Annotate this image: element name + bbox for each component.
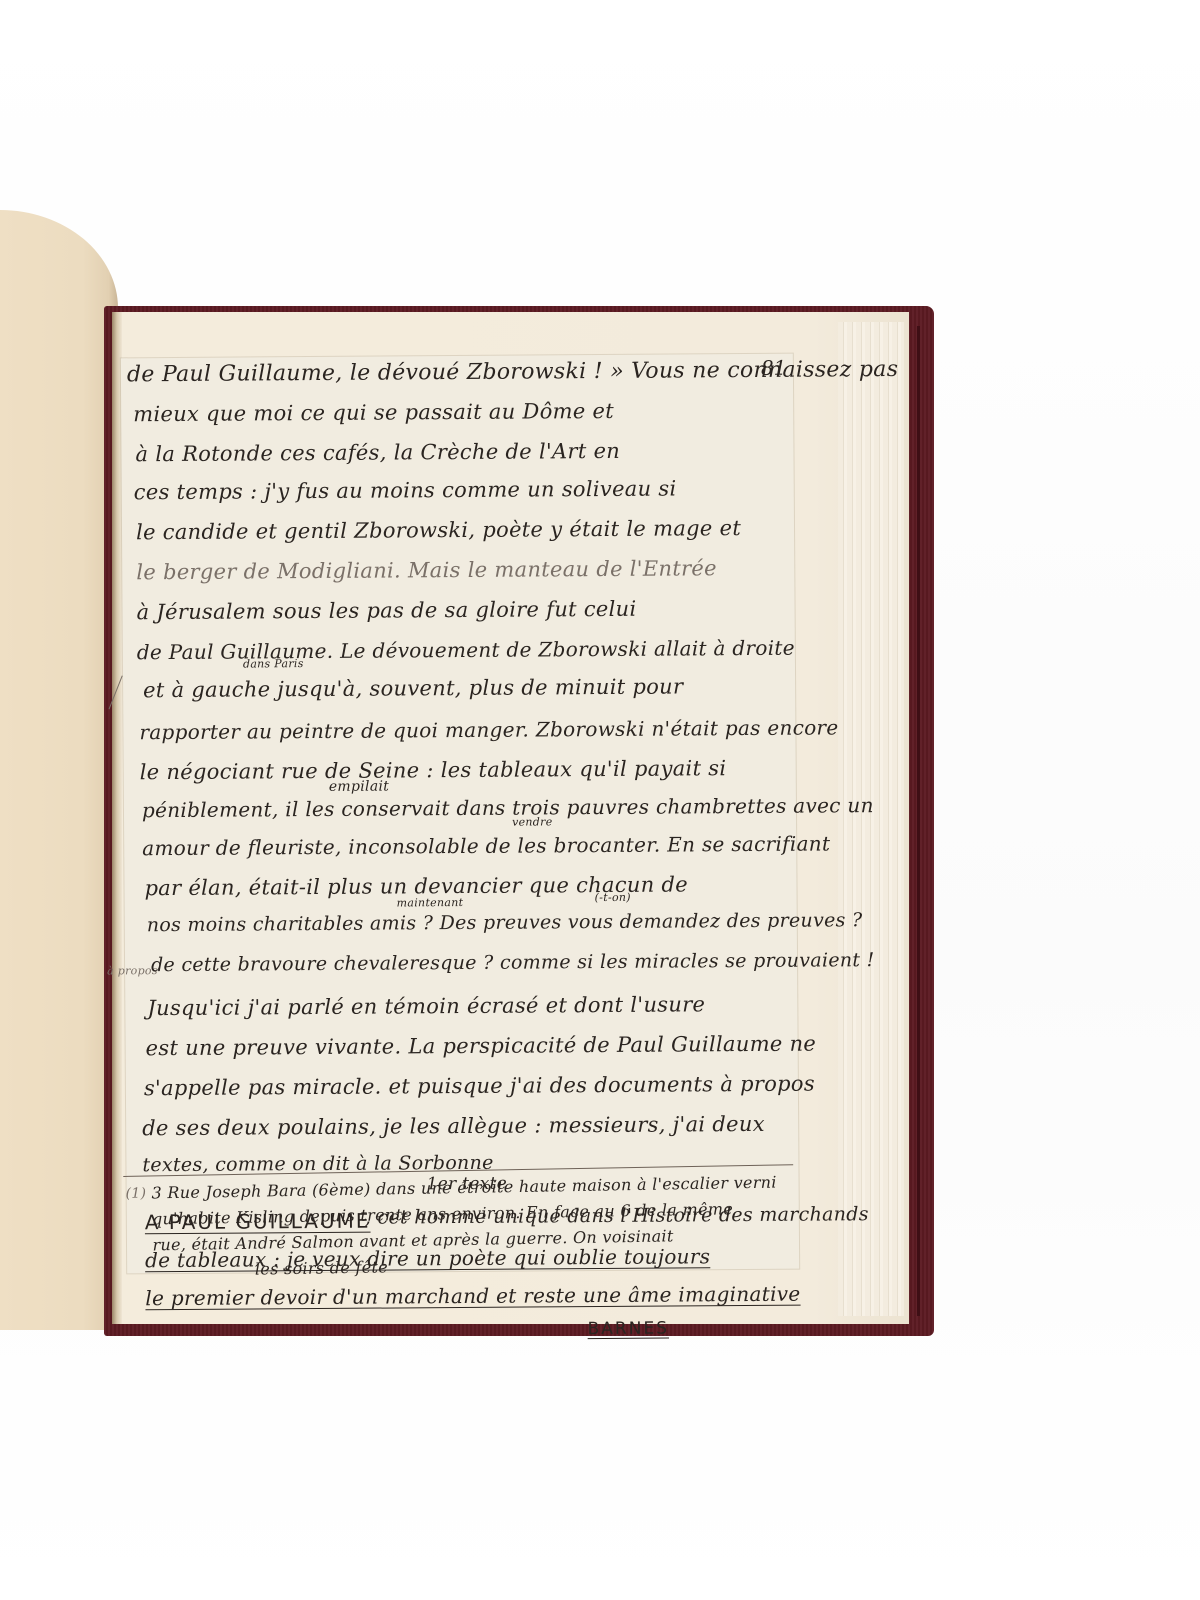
manuscript-sheet: 81 de Paul Guillaume, le dévoué Zborowsk… (121, 354, 799, 1274)
manuscript-line: péniblement, il les conservait dans troi… (142, 793, 874, 822)
footnote-marker: (1) (125, 1186, 146, 1202)
manuscript-line: de cette bravoure chevaleresque ? comme … (151, 949, 875, 976)
quote-line: le premier devoir d'un marchand et reste… (145, 1282, 800, 1311)
manuscript-line: à Jérusalem sous les pas de sa gloire fu… (137, 597, 637, 624)
footnote-line: 3 Rue Joseph Bara (6ème) dans une étroit… (151, 1173, 776, 1203)
manuscript-line: de ses deux poulains, je les allègue : m… (142, 1112, 765, 1140)
manuscript-line: nos moins charitables amis ? Des preuves… (147, 909, 863, 936)
manuscript-line: de Paul Guillaume, le dévoué Zborowski !… (127, 357, 899, 387)
footnote-line: les soirs de fête (255, 1257, 388, 1278)
interlinear-correction: empilait (329, 778, 389, 794)
manuscript-line: et à gauche jusqu'à, souvent, plus de mi… (143, 674, 683, 702)
manuscript-line: s'appelle pas miracle. et puisque j'ai d… (144, 1072, 815, 1101)
left-facing-page (0, 210, 118, 1330)
footnote-block: (1) 3 Rue Joseph Bara (6ème) dans une ét… (123, 1144, 805, 1286)
footnote-line: qu'habite Kisling depuis trente ans envi… (152, 1199, 733, 1228)
manuscript-line: amour de fleuriste, inconsolable de les … (142, 831, 830, 860)
interlinear-correction: dans Paris (243, 657, 304, 670)
footnote-line: rue, était André Salmon avant et après l… (152, 1226, 673, 1254)
interlinear-correction: (-t-on) (595, 891, 631, 904)
manuscript-line: est une preuve vivante. La perspicacité … (146, 1032, 817, 1061)
photo-scene: 81 de Paul Guillaume, le dévoué Zborowsk… (0, 0, 1200, 1600)
manuscript-line: à la Rotonde ces cafés, la Crèche de l'A… (135, 439, 620, 466)
book-gutter (112, 312, 122, 1324)
manuscript-line: rapporter au peintre de quoi manger. Zbo… (139, 715, 838, 744)
quote-signature: BARNES (588, 1319, 669, 1340)
cover-edge (917, 326, 920, 1316)
manuscript-line: ces temps : j'y fus au moins comme un so… (134, 476, 677, 504)
interlinear-correction: maintenant (397, 896, 464, 909)
manuscript-line: le négociant rue de Seine : les tableaux… (140, 756, 727, 784)
manuscript-line: de Paul Guillaume. Le dévouement de Zbor… (137, 636, 795, 665)
interlinear-correction: vendre (512, 815, 553, 828)
manuscript-line: Jusqu'ici j'ai parlé en témoin écrasé et… (147, 992, 705, 1020)
page-edges-stack (838, 322, 904, 1316)
manuscript-line: mieux que moi ce qui se passait au Dôme … (133, 399, 614, 426)
manuscript-line: le candide et gentil Zborowski, poète y … (136, 516, 741, 544)
manuscript-line: le berger de Modigliani. Mais le manteau… (136, 556, 717, 584)
